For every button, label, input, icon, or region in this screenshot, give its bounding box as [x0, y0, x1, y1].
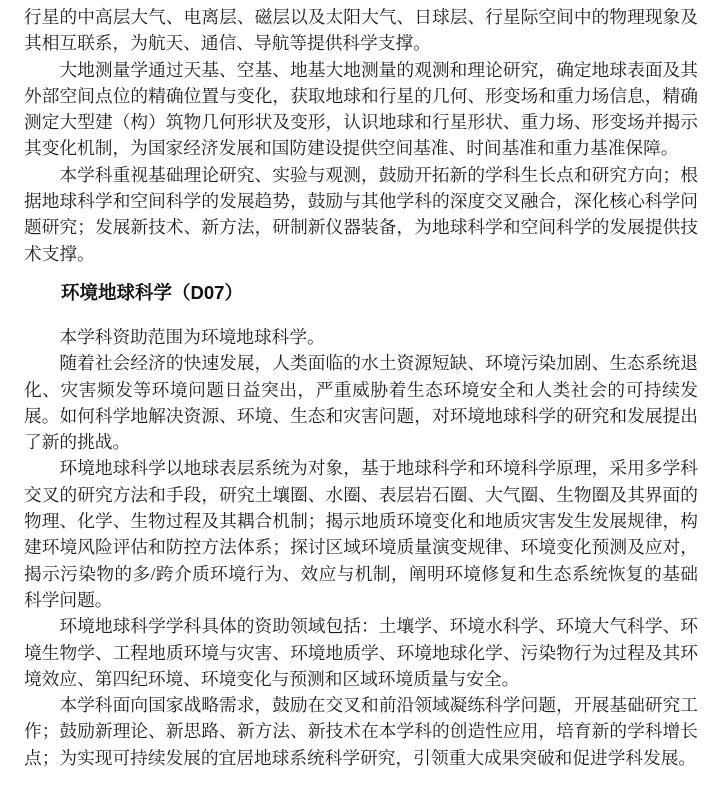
document-page: 行星的中高层大气、电离层、磁层以及太阳大气、日球层、行星际空间中的物理现象及其相…: [0, 0, 720, 786]
paragraph: 大地测量学通过天基、空基、地基大地测量的观测和理论研究，确定地球表面及其外部空间…: [24, 57, 698, 162]
section-heading: 环境地球科学（D07）: [24, 280, 698, 306]
paragraph: 行星的中高层大气、电离层、磁层以及太阳大气、日球层、行星际空间中的物理现象及其相…: [24, 4, 698, 57]
paragraph: 环境地球科学学科具体的资助领域包括：土壤学、环境水科学、环境大气科学、环境生物学…: [24, 613, 698, 692]
paragraph: 本学科重视基础理论研究、实验与观测，鼓励开拓新的学科生长点和研究方向；根据地球科…: [24, 162, 698, 267]
paragraph: 本学科面向国家战略需求，鼓励在交叉和前沿领域凝练科学问题，开展基础研究工作；鼓励…: [24, 692, 698, 771]
paragraph: 本学科资助范围为环境地球科学。: [24, 324, 698, 350]
paragraph: 随着社会经济的快速发展，人类面临的水土资源短缺、环境污染加剧、生态系统退化、灾害…: [24, 350, 698, 455]
document-body: 行星的中高层大气、电离层、磁层以及太阳大气、日球层、行星际空间中的物理现象及其相…: [24, 4, 698, 771]
paragraph: 环境地球科学以地球表层系统为对象，基于地球科学和环境科学原理，采用多学科交叉的研…: [24, 455, 698, 613]
